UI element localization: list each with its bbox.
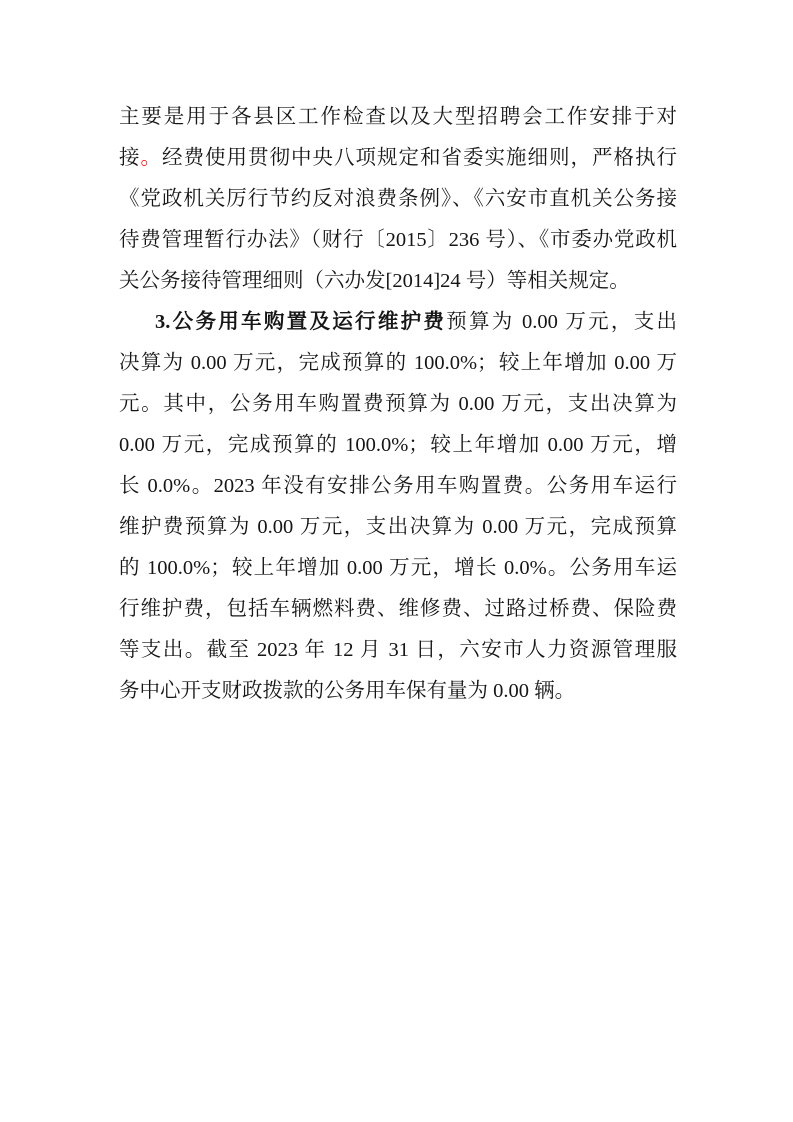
text-run: 接 [119,147,141,169]
text-line-11: 维护费预算为 0.00 万元，支出决算为 0.00 万元，完成预算 [119,507,677,548]
text-run: 《党政机关厉行节约反对浪费条例》、《六安市直机关公务接 [119,188,677,210]
text-run: 元。其中，公务用车购置费预算为 0.00 万元，支出决算为 [119,393,677,415]
bold-heading-vehicle-purchase-and-operation: 3.公务用车购置及运行维护费 [155,311,446,333]
text-line-15: 务中心开支财政拨款的公务用车保有量为 0.00 辆。 [119,671,677,712]
text-run: 长 0.0%。2023 年没有安排公务用车购置费。公务用车运行 [119,475,677,497]
text-line-4: 待费管理暂行办法》（财行〔2015〕236 号）、《市委办党政机 [119,220,677,261]
text-line-10: 长 0.0%。2023 年没有安排公务用车购置费。公务用车运行 [119,466,677,507]
text-line-7: 决算为 0.00 万元，完成预算的 100.0%；较上年增加 0.00 万 [119,343,677,384]
document-page: 主要是用于各县区工作检查以及大型招聘会工作安排于对 接。经费使用贯彻中央八项规定… [0,0,793,1122]
text-line-3: 《党政机关厉行节约反对浪费条例》、《六安市直机关公务接 [119,179,677,220]
text-run: 行维护费，包括车辆燃料费、维修费、过路过桥费、保险费 [119,598,677,620]
text-run: 主要是用于各县区工作检查以及大型招聘会工作安排于对 [119,106,677,128]
text-run: 0.00 万元，完成预算的 100.0%；较上年增加 0.00 万元，增 [119,434,677,456]
text-run: 经费使用贯彻中央八项规定和省委实施细则，严格执行 [162,147,677,169]
red-period-punctuation: 。 [141,147,163,169]
text-run: 关公务接待管理细则（六办发[2014]24 号）等相关规定。 [119,270,630,292]
paragraph-reception-expenses: 主要是用于各县区工作检查以及大型招聘会工作安排于对 接。经费使用贯彻中央八项规定… [119,97,677,302]
text-line-6: 3.公务用车购置及运行维护费预算为 0.00 万元，支出 [119,302,677,343]
text-line-12: 的 100.0%；较上年增加 0.00 万元，增长 0.0%。公务用车运 [119,548,677,589]
text-line-5: 关公务接待管理细则（六办发[2014]24 号）等相关规定。 [119,261,677,302]
text-run: 预算为 0.00 万元，支出 [446,311,677,333]
text-run: 务中心开支财政拨款的公务用车保有量为 0.00 辆。 [119,680,575,702]
text-run: 决算为 0.00 万元，完成预算的 100.0%；较上年增加 0.00 万 [119,352,677,374]
text-line-2: 接。经费使用贯彻中央八项规定和省委实施细则，严格执行 [119,138,677,179]
text-line-14: 等支出。截至 2023 年 12 月 31 日，六安市人力资源管理服 [119,630,677,671]
text-run: 维护费预算为 0.00 万元，支出决算为 0.00 万元，完成预算 [119,516,677,538]
text-line-8: 元。其中，公务用车购置费预算为 0.00 万元，支出决算为 [119,384,677,425]
paragraph-vehicle-expenses: 3.公务用车购置及运行维护费预算为 0.00 万元，支出 决算为 0.00 万元… [119,302,677,712]
document-body: 主要是用于各县区工作检查以及大型招聘会工作安排于对 接。经费使用贯彻中央八项规定… [119,97,677,712]
text-line-13: 行维护费，包括车辆燃料费、维修费、过路过桥费、保险费 [119,589,677,630]
text-run: 等支出。截至 2023 年 12 月 31 日，六安市人力资源管理服 [119,639,677,661]
text-line-9: 0.00 万元，完成预算的 100.0%；较上年增加 0.00 万元，增 [119,425,677,466]
text-line-1: 主要是用于各县区工作检查以及大型招聘会工作安排于对 [119,97,677,138]
text-run: 待费管理暂行办法》（财行〔2015〕236 号）、《市委办党政机 [119,229,677,251]
text-run: 的 100.0%；较上年增加 0.00 万元，增长 0.0%。公务用车运 [119,557,677,579]
